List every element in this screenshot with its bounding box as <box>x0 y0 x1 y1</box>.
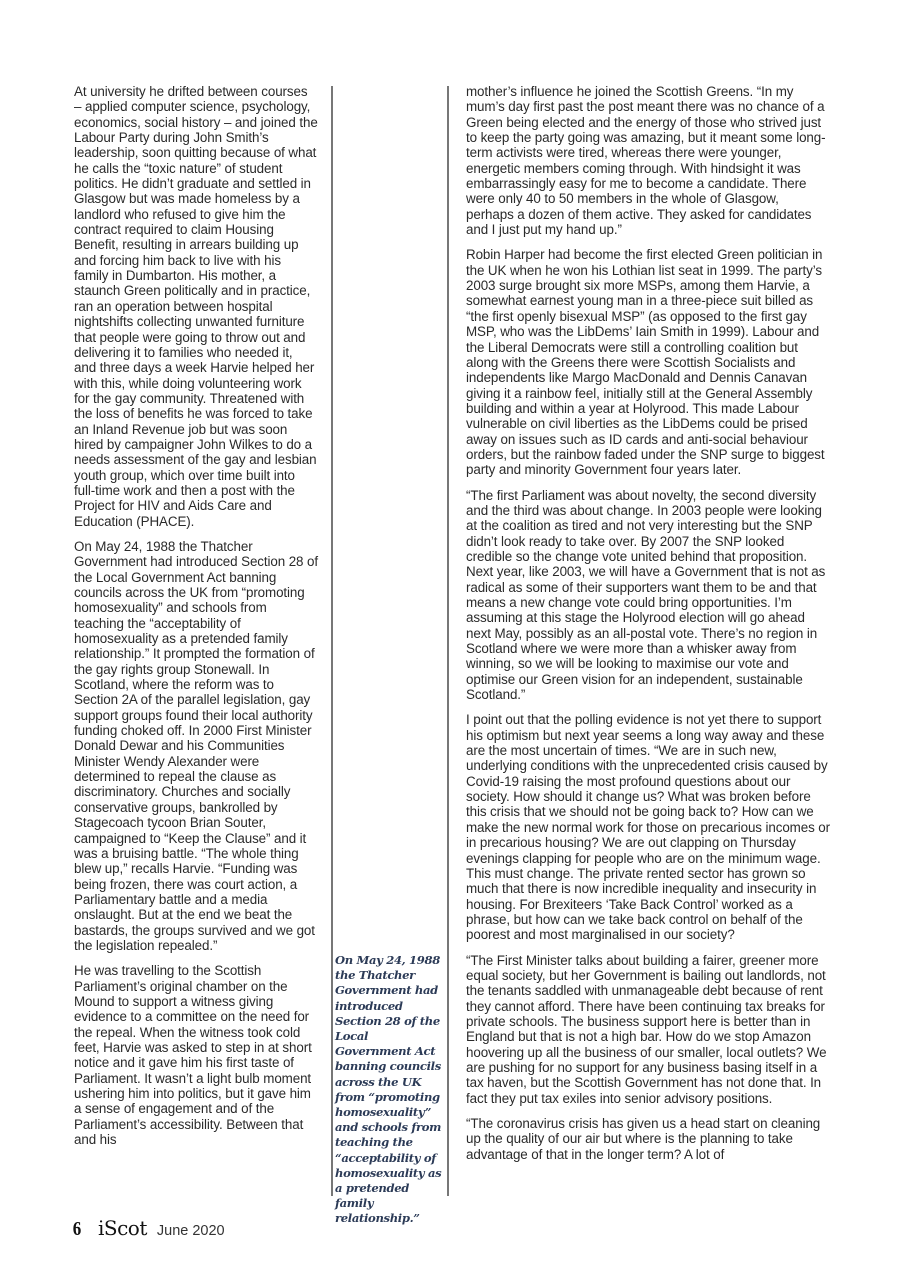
page-footer: 6 iScot June 2020 <box>72 1216 225 1246</box>
article-paragraph: He was travelling to the Scottish Parlia… <box>74 963 318 1147</box>
page-number: 6 <box>73 1218 82 1241</box>
article-paragraph: mother’s influence he joined the Scottis… <box>466 84 830 237</box>
article-paragraph: “The first Parliament was about novelty,… <box>466 488 830 703</box>
issue-date: June 2020 <box>157 1223 225 1239</box>
article-paragraph: “The First Minister talks about building… <box>466 953 830 1106</box>
article-paragraph: Robin Harper had become the first electe… <box>466 247 830 477</box>
publication-logo: iScot <box>98 1216 147 1240</box>
right-article-column: mother’s influence he joined the Scottis… <box>466 84 830 1172</box>
article-paragraph: “The coronavirus crisis has given us a h… <box>466 1116 830 1162</box>
pull-quote: On May 24, 1988 the Thatcher Government … <box>335 953 445 1227</box>
magazine-page: At university he drifted between courses… <box>0 0 905 1280</box>
left-article-column: At university he drifted between courses… <box>74 84 318 1157</box>
article-paragraph: I point out that the polling evidence is… <box>466 712 830 942</box>
article-paragraph: On May 24, 1988 the Thatcher Government … <box>74 539 318 953</box>
article-paragraph: At university he drifted between courses… <box>74 84 318 529</box>
column-divider-left <box>331 86 333 1196</box>
column-divider-right <box>447 86 449 1196</box>
